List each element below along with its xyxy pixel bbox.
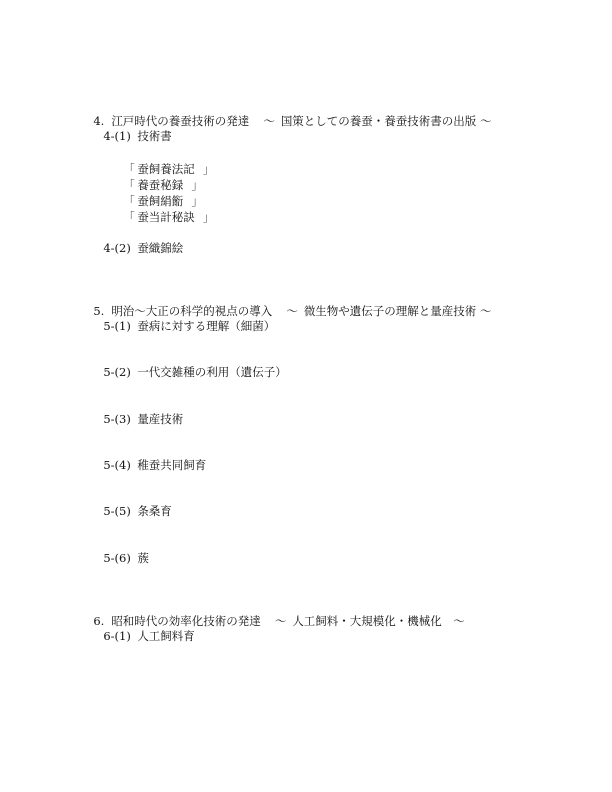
book-title: 「蚕当計秘訣」 — [116, 196, 214, 224]
item-label: 蔟 — [137, 551, 149, 565]
item-5-2: 5-(2)一代交雑種の利用（遺伝子） — [96, 351, 287, 379]
item-number: 5-(1) — [103, 319, 137, 333]
item-5-4: 5-(4)稚蚕共同飼育 — [96, 444, 206, 472]
item-number: 4-(2) — [103, 241, 137, 255]
book-name: 蚕当計秘訣 — [137, 210, 195, 224]
item-number: 5-(6) — [103, 551, 137, 565]
item-label: 条桑育 — [137, 504, 172, 518]
section-subtitle: 人工飼料・大規模化・機械化 ～ — [292, 614, 465, 628]
item-label: 技術書 — [137, 129, 172, 143]
item-label: 量産技術 — [137, 412, 183, 426]
close-bracket: 」 — [203, 210, 215, 224]
item-number: 4-(1) — [103, 129, 137, 143]
item-label: 蚕病に対する理解（細菌） — [137, 319, 275, 333]
item-5-1: 5-(1)蚕病に対する理解（細菌） — [96, 305, 275, 333]
item-5-5: 5-(5)条桑育 — [96, 490, 172, 518]
tilde: ～ — [286, 304, 298, 318]
item-6-1: 6-(1)人工飼料育 — [96, 615, 195, 643]
item-5-3: 5-(3)量産技術 — [96, 398, 183, 426]
item-4-2: 4-(2)蚕織錦絵 — [96, 227, 183, 255]
close-bracket: 」 — [203, 162, 215, 176]
item-number: 5-(4) — [103, 458, 137, 472]
item-number: 6-(1) — [103, 629, 137, 643]
item-number: 5-(3) — [103, 412, 137, 426]
open-bracket: 「 — [123, 210, 137, 224]
tilde: ～ — [275, 614, 287, 628]
item-label: 稚蚕共同飼育 — [137, 458, 206, 472]
section-subtitle: 国策としての養蚕・養蚕技術書の出版 ～ — [281, 114, 492, 128]
item-label: 一代交雑種の利用（遺伝子） — [137, 365, 287, 379]
item-number: 5-(5) — [103, 504, 137, 518]
tilde: ～ — [263, 114, 275, 128]
item-label: 人工飼料育 — [137, 629, 195, 643]
item-4-1: 4-(1)技術書 — [96, 115, 172, 143]
item-label: 蚕織錦絵 — [137, 241, 183, 255]
section-subtitle: 微生物や遺伝子の理解と量産技術 ～ — [304, 304, 492, 318]
item-5-6: 5-(6)蔟 — [96, 537, 149, 565]
item-number: 5-(2) — [103, 365, 137, 379]
